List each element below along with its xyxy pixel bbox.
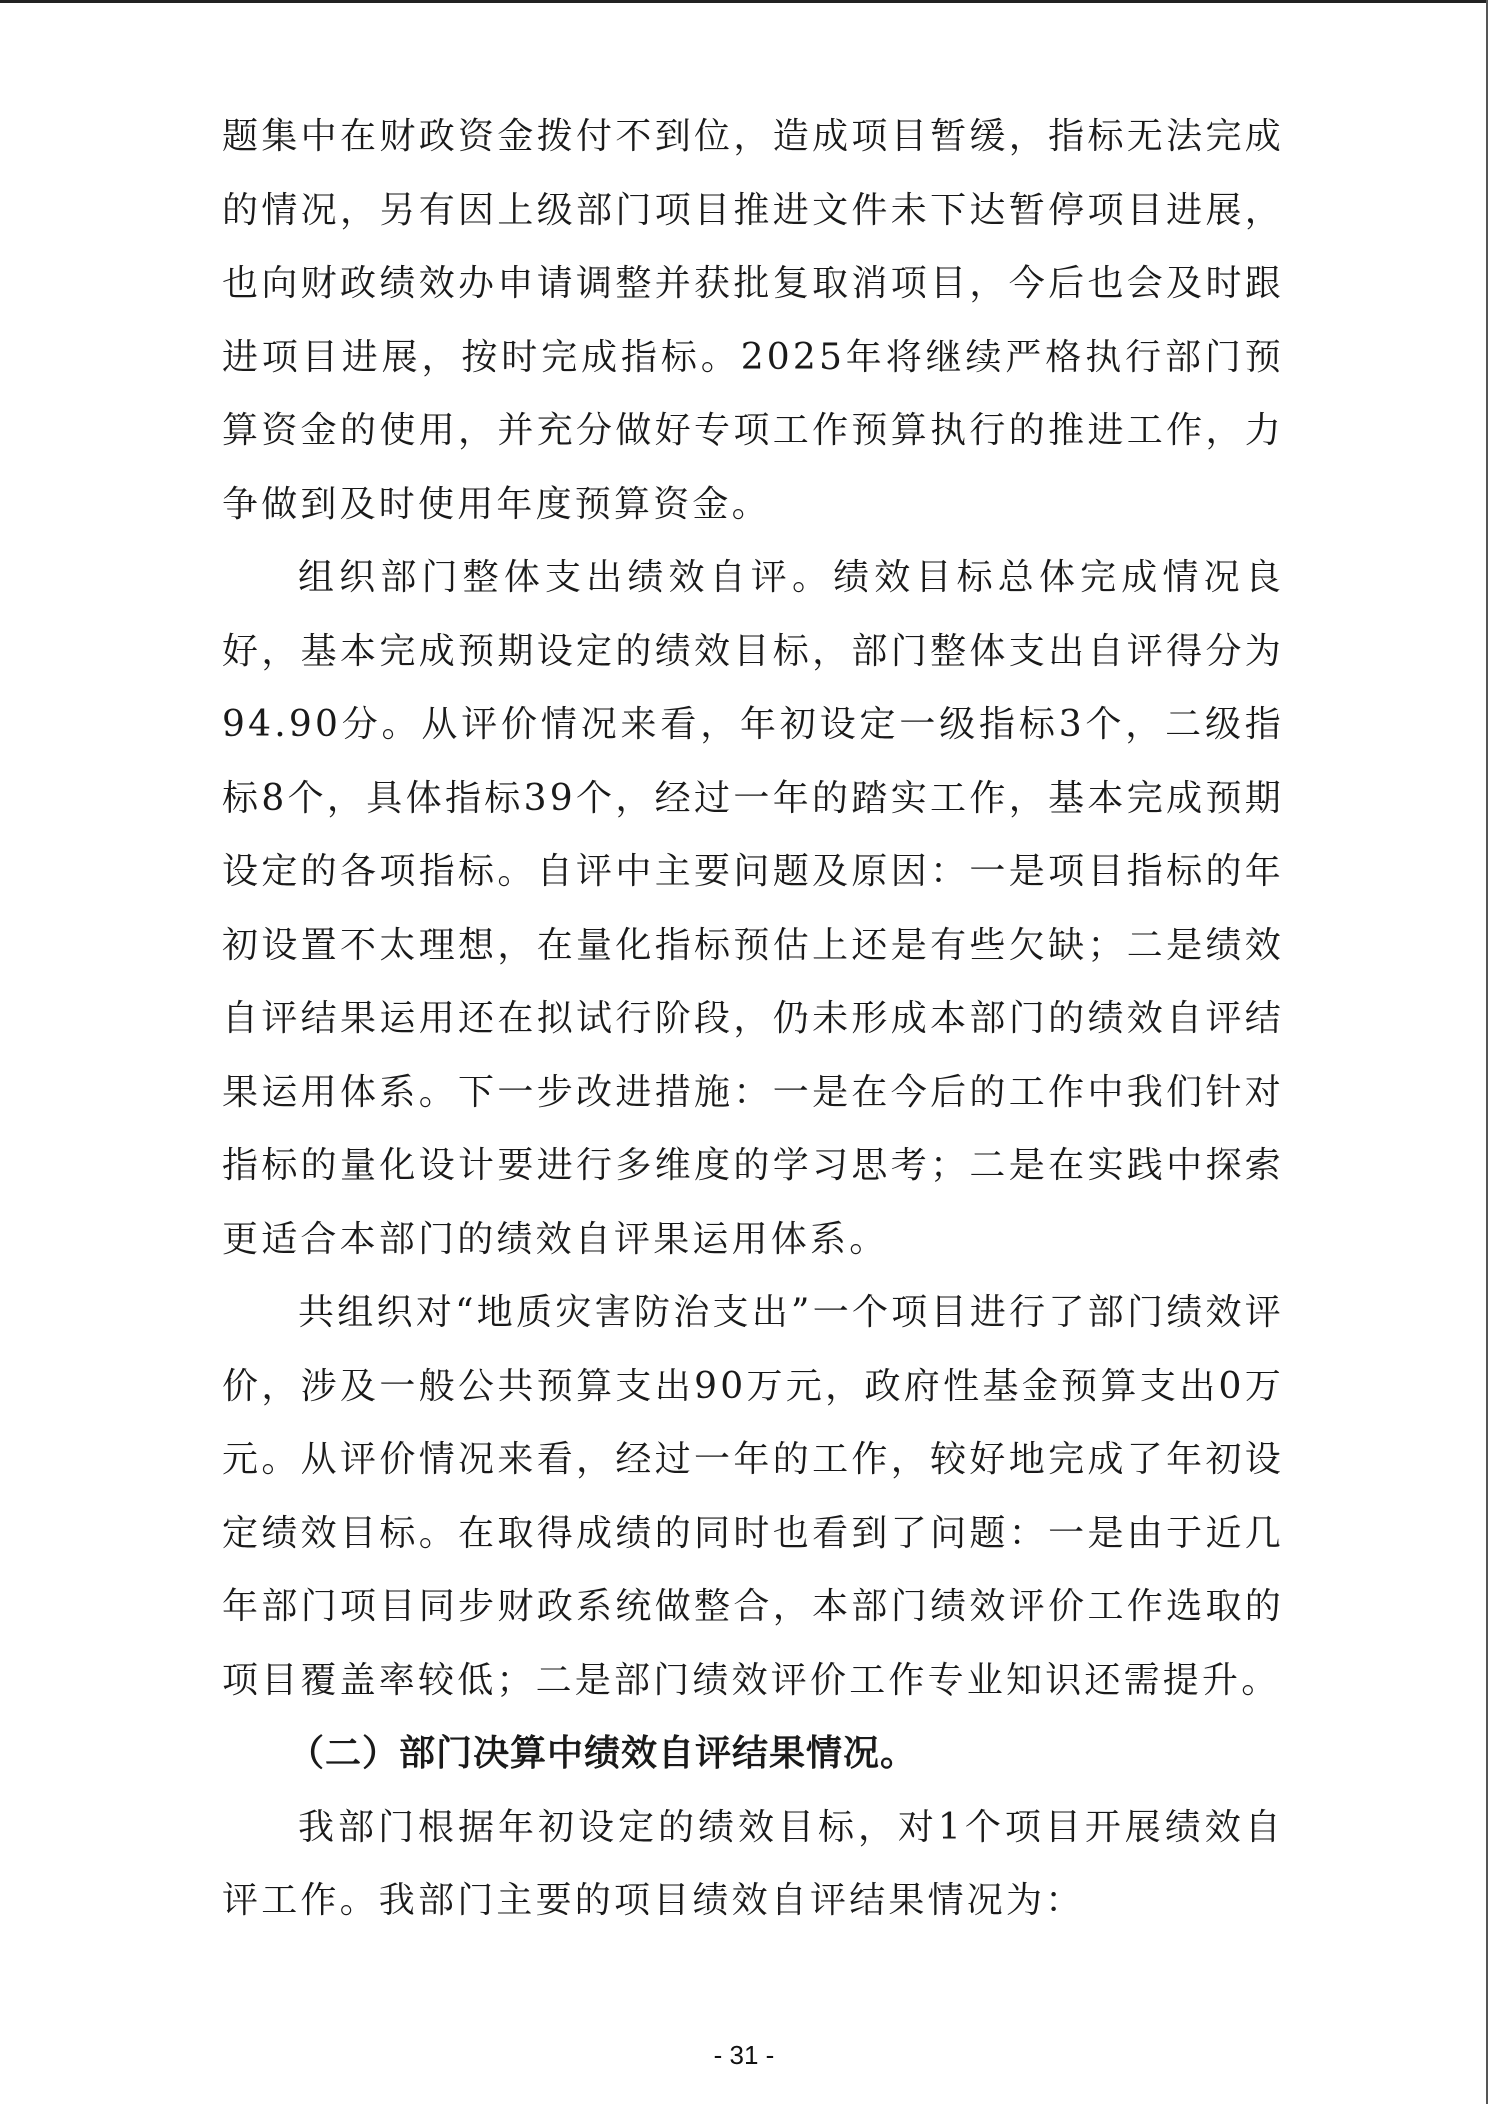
- paragraph-self-evaluation-results: 我部门根据年初设定的绩效目标，对1个项目开展绩效自评工作。我部门主要的项目绩效自…: [222, 1791, 1284, 1938]
- paragraph-project-evaluation: 共组织对“地质灾害防治支出”一个项目进行了部门绩效评价，涉及一般公共预算支出90…: [222, 1276, 1284, 1717]
- document-page: 题集中在财政资金拨付不到位，造成项目暂缓，指标无法完成的情况，另有因上级部门项目…: [222, 100, 1284, 1938]
- page-number: - 31 -: [0, 2040, 1488, 2071]
- paragraph-continuation-budget: 题集中在财政资金拨付不到位，造成项目暂缓，指标无法完成的情况，另有因上级部门项目…: [222, 100, 1284, 541]
- section-heading: （二）部门决算中绩效自评结果情况。: [222, 1717, 1284, 1791]
- paragraph-overall-self-evaluation: 组织部门整体支出绩效自评。绩效目标总体完成情况良好，基本完成预期设定的绩效目标，…: [222, 541, 1284, 1276]
- page-top-border: [0, 0, 1488, 3]
